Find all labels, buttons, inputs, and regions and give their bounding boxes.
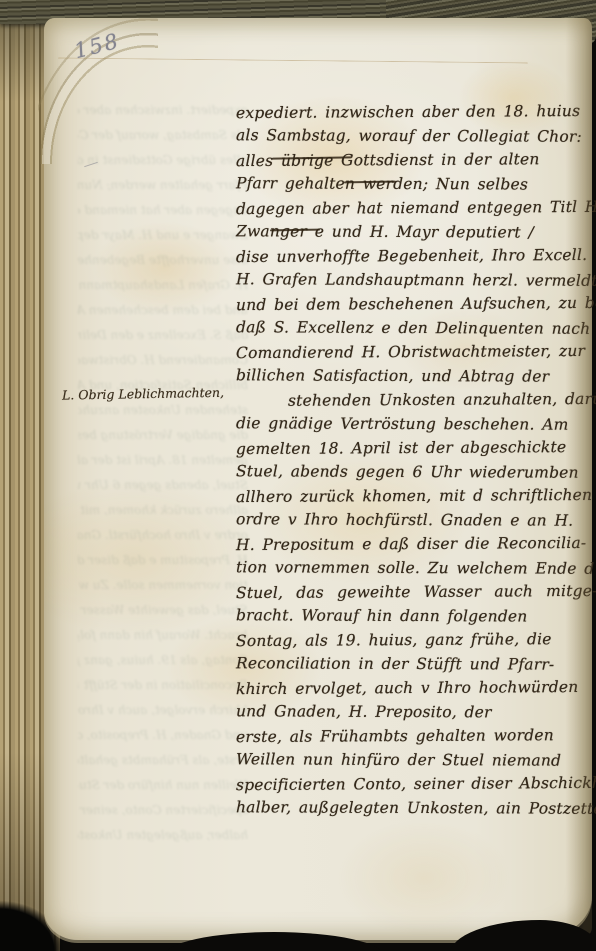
showthrough-line: specificierten Conto, seiner diser Absch… (78, 798, 248, 823)
showthrough-line: die gnädige Vertröstung beschehen. Am (78, 423, 248, 448)
handwritten-line: und Gnaden, H. Preposito, der (236, 699, 588, 725)
showthrough-line: dise unverhoffte Begebenheit, Ihro Excel… (78, 248, 248, 273)
showthrough-line: Pfarr gehalten werden; Nun selbes (78, 173, 248, 198)
showthrough-line: gemelten 18. April ist der abgeschickte (78, 448, 248, 473)
showthrough-line: H. Grafen Landshauptmann herzl. vermeldt (78, 273, 248, 298)
showthrough-line: bracht. Worauf hin dann folgenden (78, 623, 248, 648)
showthrough-line: daß S. Excellenz e den Delinquenten nach… (78, 323, 248, 348)
showthrough-line: halber, außgelegten Unkosten, ain Postze… (78, 823, 248, 848)
handwritten-line: Weillen nun hinfüro der Stuel niemand (236, 747, 588, 773)
handwritten-line: alles übrige Gottsdienst in der alten (236, 147, 588, 173)
handwritten-line: erste, als Frühambts gehalten worden (236, 723, 588, 749)
showthrough-line: Zwanger e und H. Mayr deputiert / (78, 223, 248, 248)
handwritten-line: Pfarr gehalten werden; Nun selbes (236, 171, 588, 197)
showthrough-line: allhero zurück khomen, mit d schriftlich… (78, 498, 248, 523)
showthrough-line: und bei dem beschehenen Aufsuchen, zu be… (78, 298, 248, 323)
handwritten-line: die gnädige Vertröstung beschehen. Am (236, 411, 588, 437)
handwritten-line: Reconciliation in der Stüfft und Pfarr- (236, 651, 588, 677)
showthrough-line: erste, als Frühambts gehalten worden (78, 748, 248, 773)
handwritten-line: specificierten Conto, seiner diser Absch… (236, 771, 588, 797)
manuscript-photo: 158 expediert. inzwischen aber den 18. h… (0, 0, 596, 951)
showthrough-line: expediert. inzwischen aber den 18. huius (78, 98, 248, 123)
showthrough-line: Weillen nun hinfüro der Stuel niemand (78, 773, 248, 798)
handwritten-text-block: expediert. inzwischen aber den 18. huius… (236, 100, 588, 820)
handwritten-line: expediert. inzwischen aber den 18. huius (236, 99, 588, 125)
manuscript-page: 158 expediert. inzwischen aber den 18. h… (44, 18, 592, 940)
showthrough-line: Reconciliation in der Stüfft und Pfarr- (78, 673, 248, 698)
showthrough-line: Sontag, als 19. huius, ganz frühe, die (78, 648, 248, 673)
handwritten-line: als Sambstag, worauf der Collegiat Chor: (236, 123, 588, 149)
handwritten-line: dise unverhoffte Begebenheit, Ihro Excel… (236, 243, 588, 269)
handwritten-line: stehenden Unkosten anzuhalten, darüber a… (236, 387, 588, 413)
margin-note: L. Obrig Leblichmachten, (62, 384, 242, 402)
handwritten-line: Stuel, abends gegen 6 Uhr wiederumben (236, 459, 588, 485)
showthrough-line: Comandierend H. Obristwachtmeister, zur (78, 348, 248, 373)
showthrough-line: tion vornemmen solle. Zu welchem Ende d (78, 573, 248, 598)
handwritten-line: Zwanger e und H. Mayr deputiert / (236, 219, 588, 245)
handwritten-line: und bei dem beschehenen Aufsuchen, zu be… (236, 291, 588, 317)
handwritten-line: gemelten 18. April ist der abgeschickte (236, 435, 588, 461)
showthrough-line: ordre v Ihro hochfürstl. Gnaden e an H. (78, 523, 248, 548)
deckle-edge-notch (164, 932, 384, 951)
handwritten-line: dagegen aber hat niemand entgegen Titl H… (236, 195, 588, 221)
handwritten-line: H. Grafen Landshauptmann herzl. vermeldt (236, 267, 588, 293)
handwritten-line: khirch ervolget, auch v Ihro hochwürden (236, 675, 588, 701)
ink-showthrough: expediert. inzwischen aber den 18. huius… (78, 98, 248, 858)
handwritten-line: ordre v Ihro hochfürstl. Gnaden e an H. (236, 507, 588, 533)
handwritten-line: bracht. Worauf hin dann folgenden (236, 603, 588, 629)
handwritten-line: tion vornemmen solle. Zu welchem Ende d (236, 555, 588, 581)
showthrough-line: khirch ervolget, auch v Ihro hochwürden (78, 698, 248, 723)
showthrough-line: Stuel, das geweihte Wasser auch mitge- (78, 598, 248, 623)
handwritten-line: allhero zurück khomen, mit d schriftlich… (236, 483, 588, 509)
handwritten-line: Comandierend H. Obristwachtmeister, zur (236, 339, 588, 365)
handwritten-line: Sontag, als 19. huius, ganz frühe, die (236, 627, 588, 653)
paper-crease (58, 46, 528, 64)
showthrough-line: Stuel, abends gegen 6 Uhr wiederumben (78, 473, 248, 498)
pencil-dash-mark (84, 162, 98, 167)
showthrough-line: alles übrige Gottsdienst in der alten (78, 148, 248, 173)
deckle-edge-notch (450, 920, 596, 951)
handwritten-line: daß S. Excellenz e den Delinquenten nach… (236, 315, 588, 341)
handwritten-line: Stuel, das geweihte Wasser auch mitge- (236, 579, 588, 605)
showthrough-line: H. Prepositum e daß diser die Reconcilia… (78, 548, 248, 573)
showthrough-line: als Sambstag, worauf der Collegiat Chor: (78, 123, 248, 148)
showthrough-line: dagegen aber hat niemand entgegen Titl H… (78, 198, 248, 223)
handwritten-line: H. Prepositum e daß diser die Reconcilia… (236, 531, 588, 557)
handwritten-line: halber, außgelegten Unkosten, ain Postze… (236, 795, 588, 821)
handwritten-line: billichen Satisfaction, und Abtrag der (236, 363, 588, 389)
showthrough-line: und Gnaden, H. Preposito, der (78, 723, 248, 748)
